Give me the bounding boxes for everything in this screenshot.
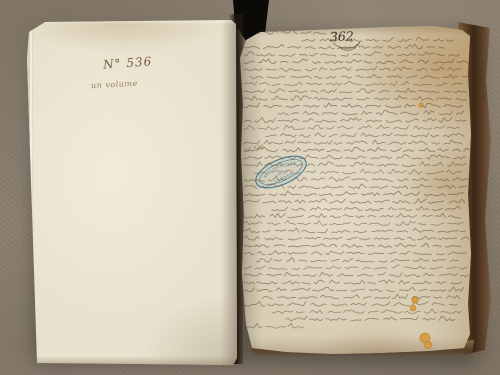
marginal-shelfmark: n° 536 [245,144,265,154]
right-manuscript-page: 362 n° 536 BIBLIOTHEQUE PUBLIQUE ST-OMER [238,24,474,356]
volume-annotation: un volume [91,79,138,90]
left-inside-cover: N° 536 un volume [27,18,237,365]
shelfmark-annotation: N° 536 [103,54,153,71]
page-number: 362 [330,28,354,44]
wax-stains [410,103,432,349]
manuscript-overlay: 362 n° 536 BIBLIOTHEQUE PUBLIQUE ST-OMER [238,24,474,356]
library-stamp: BIBLIOTHEQUE PUBLIQUE ST-OMER [251,150,310,195]
manuscript-photo: N° 536 un volume 362 n° 536 BIBLIOTHEQUE… [0,0,500,375]
